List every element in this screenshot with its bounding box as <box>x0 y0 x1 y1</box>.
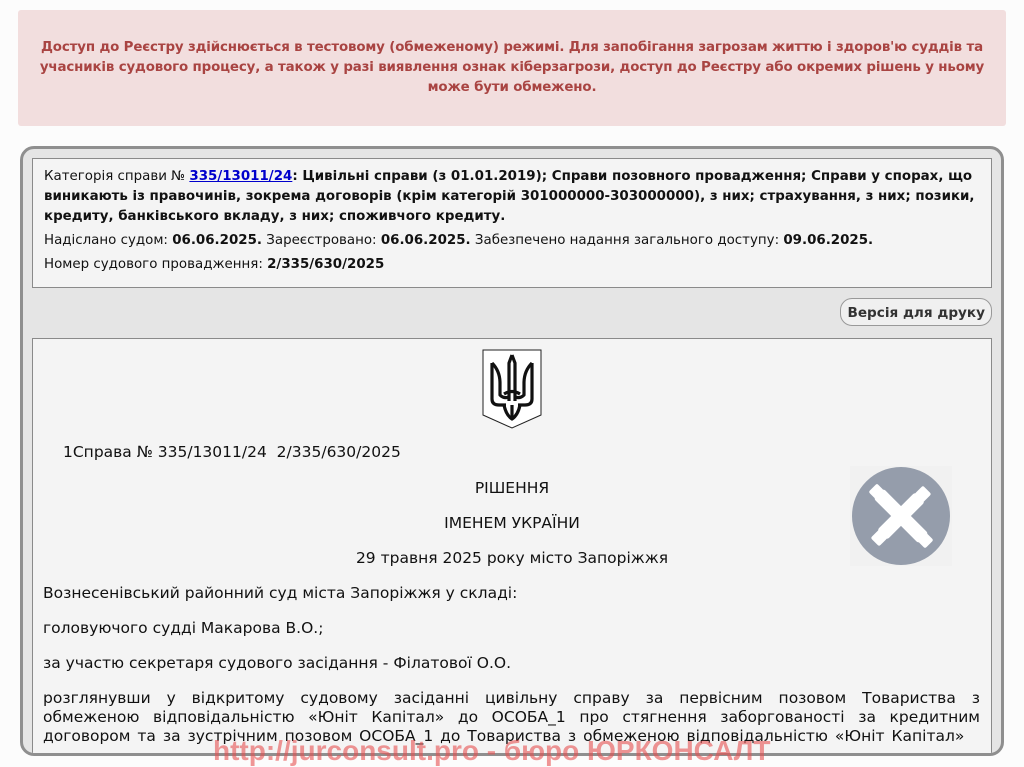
decision-document: 1Справа № 335/13011/24 2/335/630/2025 РІ… <box>32 338 992 756</box>
access-label: Забезпечено надання загального доступу: <box>471 233 784 248</box>
decision-date-place: 29 травня 2025 року місто Запоріжжя <box>33 549 991 567</box>
sent-label: Надіслано судом: <box>44 233 172 248</box>
case-meta-panel: Категорія справи № 335/13011/24: Цивільн… <box>32 158 992 288</box>
puzzle-cross-icon <box>850 466 952 566</box>
proceeding-value: 2/335/630/2025 <box>267 257 384 272</box>
decision-frame: Категорія справи № 335/13011/24: Цивільн… <box>20 146 1004 756</box>
proceeding-number: Номер судового провадження: 2/335/630/20… <box>44 255 980 275</box>
registered-date: 06.06.2025. <box>381 233 471 248</box>
category-label: Категорія справи № <box>44 169 189 184</box>
ukraine-trident-icon <box>482 349 542 429</box>
access-date: 09.06.2025. <box>783 233 873 248</box>
watermark-text: http://jurconsult.pro - бюро ЮРКОНСАЛТ <box>213 734 771 767</box>
case-number-link[interactable]: 335/13011/24 <box>189 169 292 184</box>
access-notice-text: Доступ до Реєстру здійснюється в тестово… <box>32 38 992 98</box>
case-reference-line: 1Справа № 335/13011/24 2/335/630/2025 <box>63 443 401 461</box>
registered-label: Зареєстровано: <box>262 233 381 248</box>
presiding-judge: головуючого судді Макарова В.О.; <box>43 619 980 637</box>
court-secretary: за участю секретаря судового засідання -… <box>43 654 980 672</box>
decision-subtitle: ІМЕНЕМ УКРАЇНИ <box>33 514 991 532</box>
decision-title: РІШЕННЯ <box>33 479 991 497</box>
case-dates: Надіслано судом: 06.06.2025. Зареєстрова… <box>44 231 980 251</box>
access-notice-banner: Доступ до Реєстру здійснюється в тестово… <box>18 10 1006 126</box>
sent-date: 06.06.2025. <box>172 233 262 248</box>
court-composition: Вознесенівський районний суд міста Запор… <box>43 584 980 602</box>
print-version-button[interactable]: Версія для друку <box>840 298 992 326</box>
proceeding-label: Номер судового провадження: <box>44 257 267 272</box>
overlay-badge <box>850 466 952 566</box>
case-category: Категорія справи № 335/13011/24: Цивільн… <box>44 167 980 227</box>
